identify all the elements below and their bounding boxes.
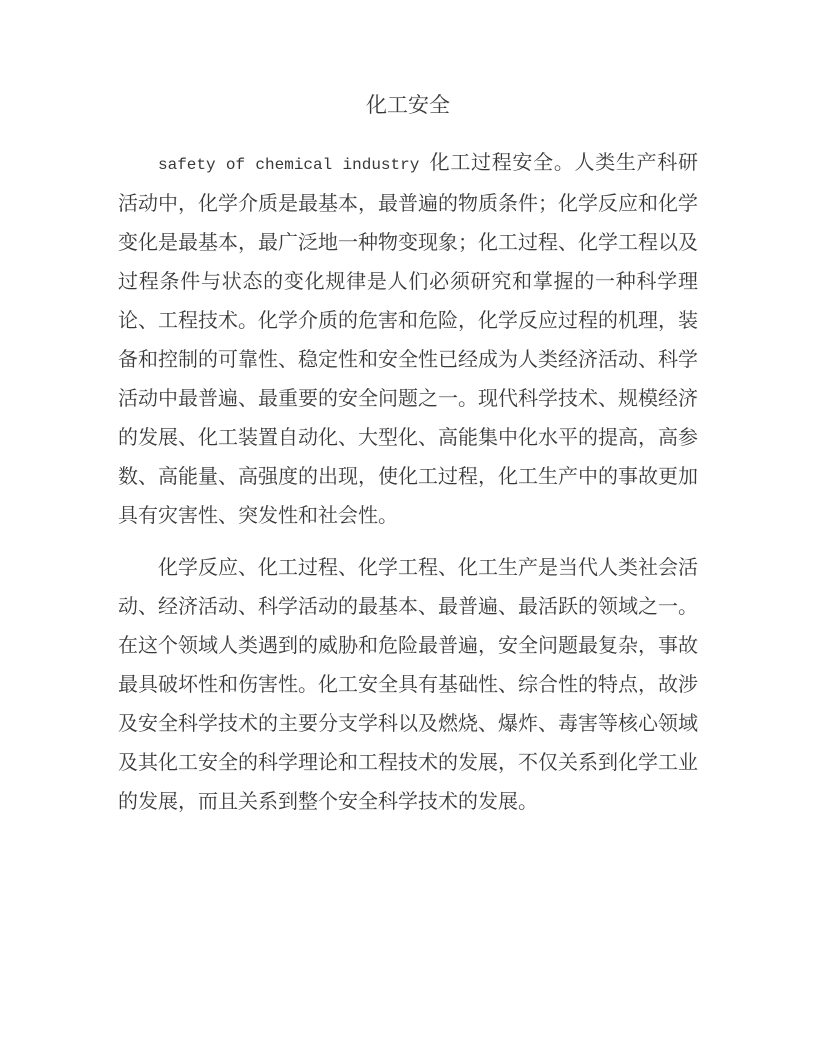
paragraph-1: safety of chemical industry 化工过程安全。人类生产科… <box>118 144 698 536</box>
paragraph-1-text: 化工过程安全。人类生产科研活动中，化学介质是最基本，最普遍的物质条件；化学反应和… <box>118 152 698 527</box>
document-page: { "document": { "title": "化工安全", "paragr… <box>0 0 816 1056</box>
document-title: 化工安全 <box>118 90 698 120</box>
paragraph-1-latin-text: safety of chemical industry <box>158 156 430 174</box>
paragraph-2-text: 化学反应、化工过程、化学工程、化工生产是当代人类社会活动、经济活动、科学活动的最… <box>118 557 698 813</box>
paragraph-2: 化学反应、化工过程、化学工程、化工生产是当代人类社会活动、经济活动、科学活动的最… <box>118 549 698 822</box>
page-body: 化工安全 safety of chemical industry 化工过程安全。… <box>118 90 698 822</box>
